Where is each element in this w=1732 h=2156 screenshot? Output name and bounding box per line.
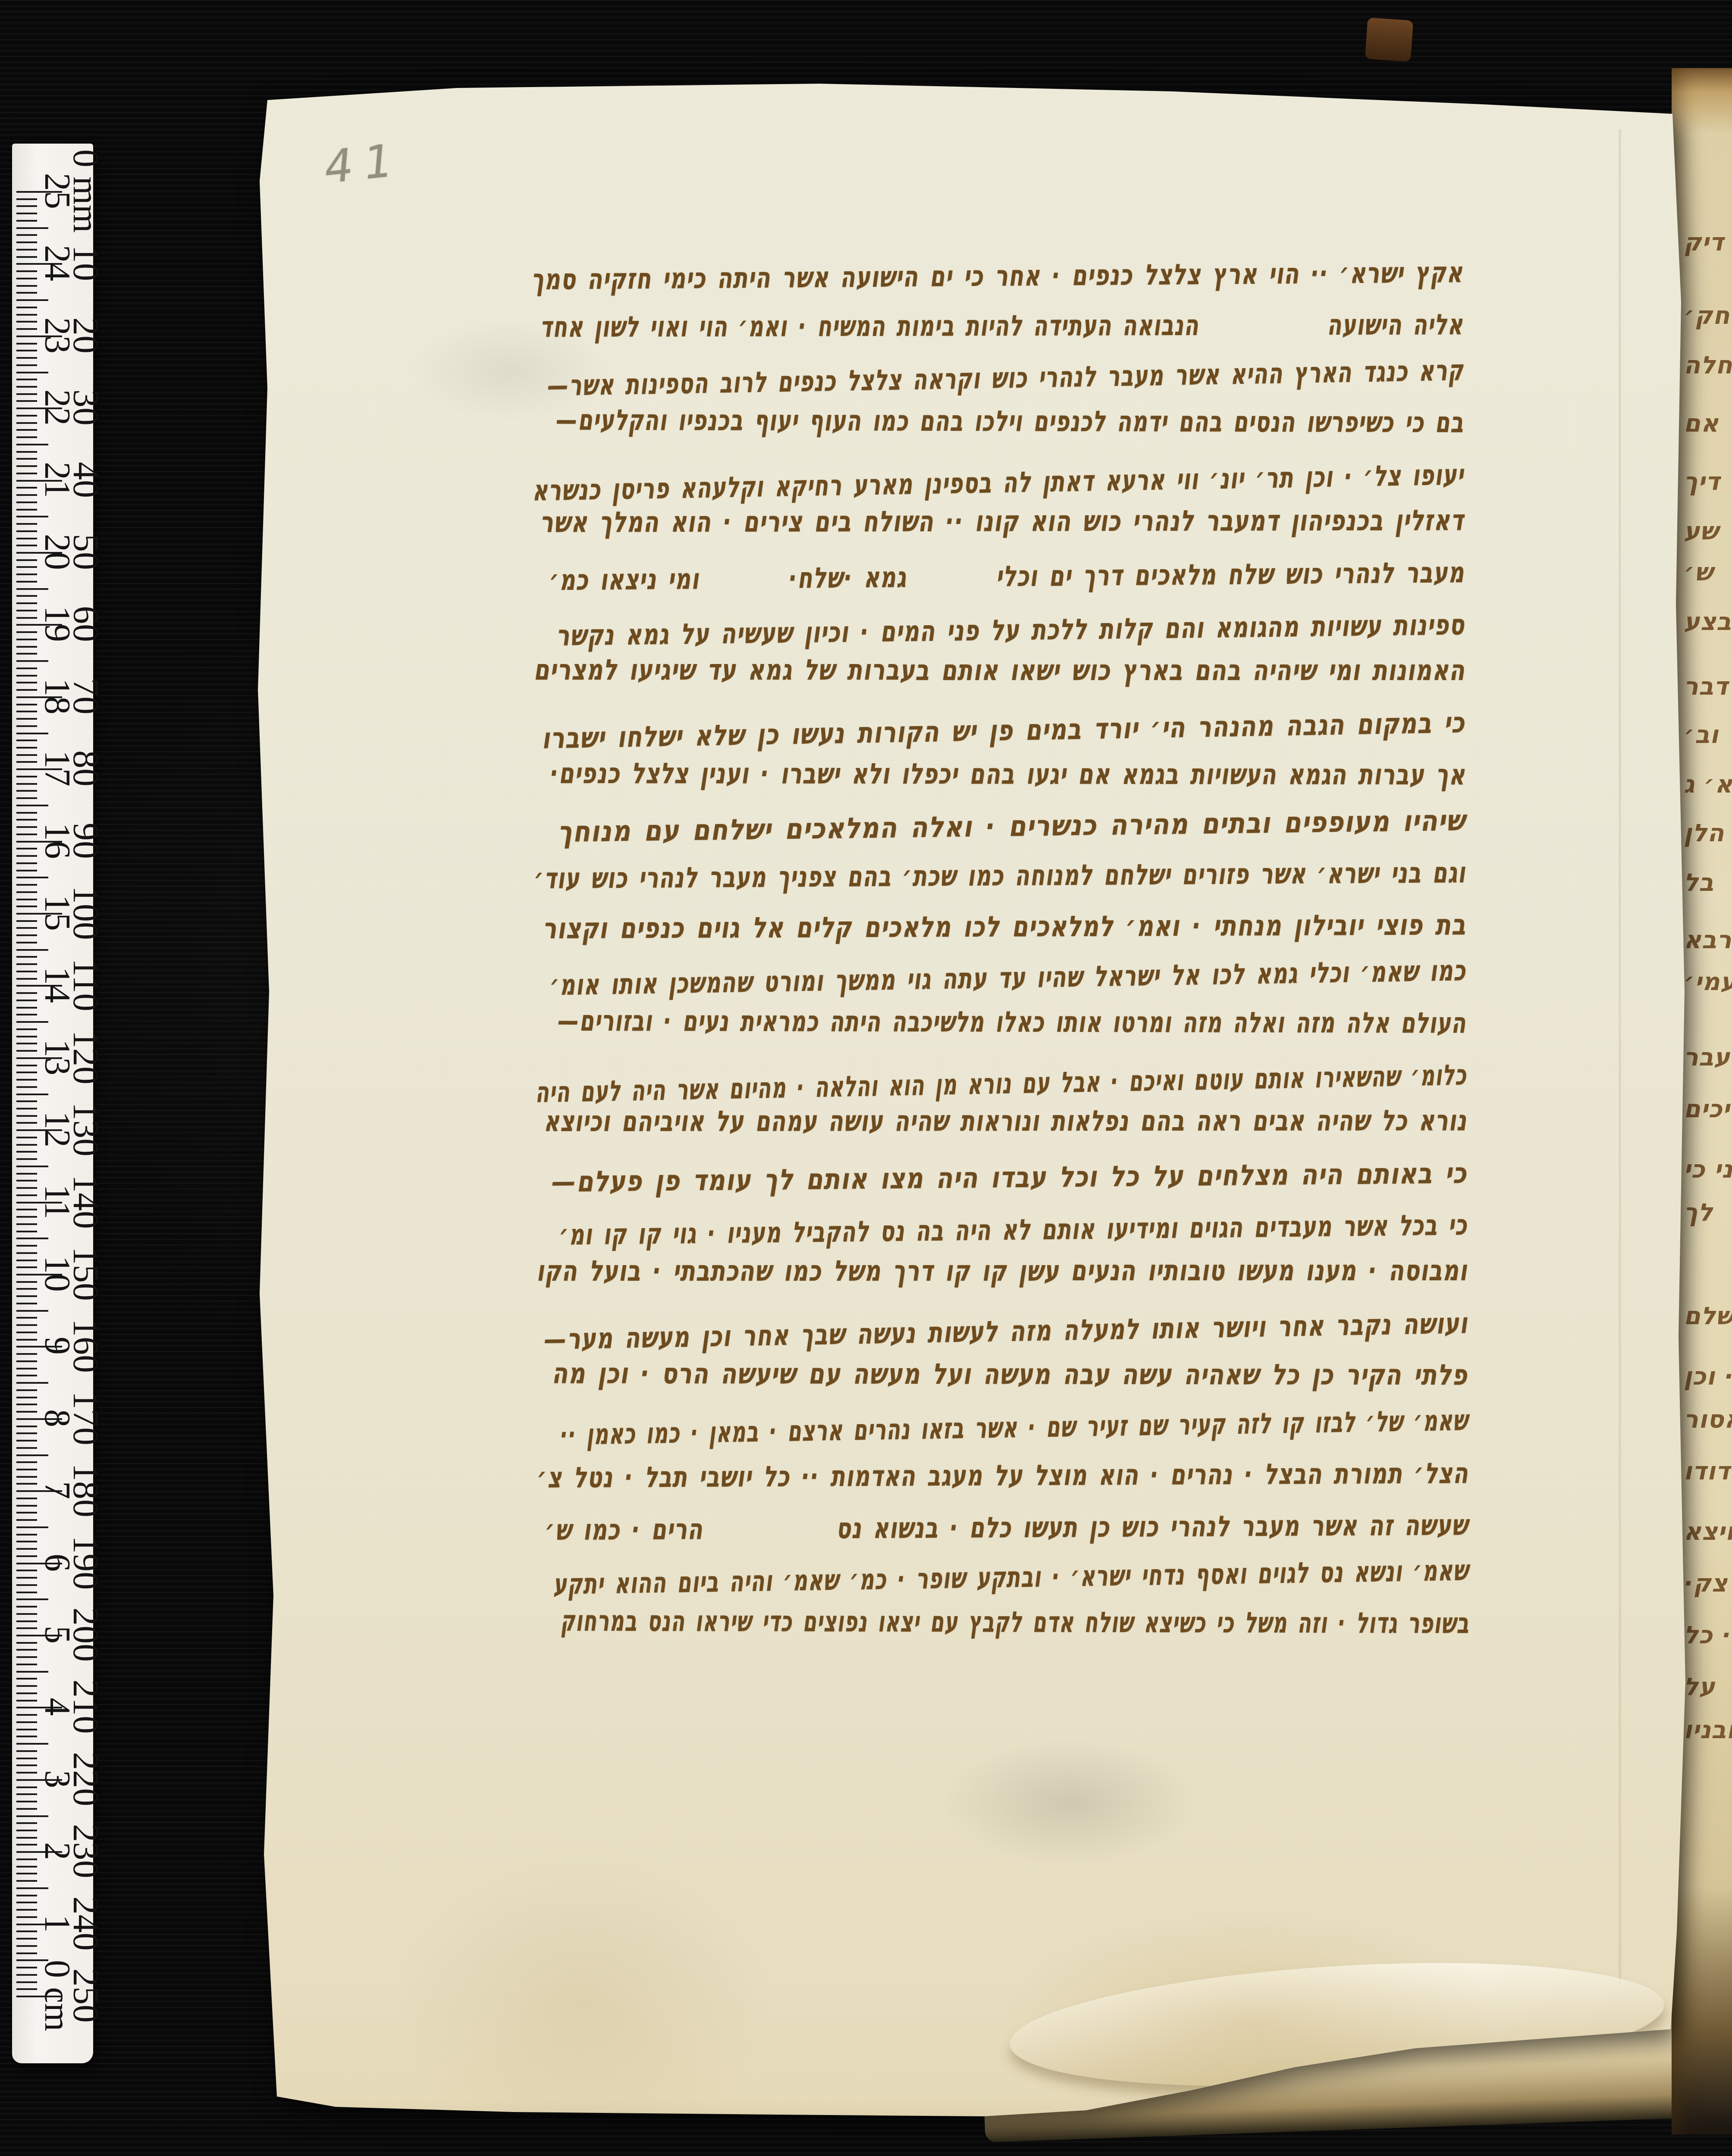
ruler-tick <box>16 711 37 712</box>
manuscript-line: קרא כנגד הארץ ההיא אשר מעבר לנהרי כוש וק… <box>547 354 1464 402</box>
ruler-tick <box>16 667 37 669</box>
ruler-tick <box>16 776 37 777</box>
ruler-tick <box>16 1952 37 1954</box>
ruler-tick <box>16 1808 37 1810</box>
ruler-tick <box>16 1194 37 1196</box>
ruler-tick <box>16 1606 37 1608</box>
ruler-tick <box>16 227 48 229</box>
ruler-tick <box>16 1310 48 1312</box>
ruler-tick <box>16 523 37 525</box>
ruler-tick <box>16 530 37 532</box>
ruler-tick <box>16 1180 37 1181</box>
ruler-tick <box>16 1469 37 1470</box>
ruler-tick <box>16 1166 48 1167</box>
ruler-mm-label: 150 <box>65 1247 107 1301</box>
ruler-tick <box>16 516 48 517</box>
ruler-tick <box>16 379 37 380</box>
ruler-tick <box>16 1729 37 1730</box>
ruler-tick <box>16 1187 37 1189</box>
ruler-tick <box>16 1584 37 1586</box>
ruler-tick <box>16 1050 37 1052</box>
ruler-tick <box>16 393 37 395</box>
ruler-tick <box>16 1432 37 1434</box>
ruler-tick <box>16 1505 37 1507</box>
manuscript-line: ועושה נקבר אחר ויושר אותו למעלה מזה לעשו… <box>544 1307 1468 1356</box>
ruler-tick <box>16 1743 48 1745</box>
ruler-tick <box>16 249 37 251</box>
ruler-mm-label: 80 <box>65 750 107 787</box>
ruler-tick <box>16 213 37 214</box>
page-curl <box>1006 1946 1668 2103</box>
ruler-tick <box>16 1592 37 1593</box>
ruler-mm-label: 70 <box>65 678 107 714</box>
manuscript-line: שעשה זה אשר מעבר לנהרי כוש כן תעשו כלם ·… <box>545 1508 1469 1547</box>
ruler-tick <box>16 1627 37 1629</box>
ruler-tick <box>16 1822 37 1824</box>
ruler-tick <box>16 1498 37 1499</box>
ruler-tick <box>16 494 37 496</box>
ruler-tick <box>16 1238 48 1239</box>
ruler-tick <box>16 971 37 972</box>
ruler-tick <box>16 1426 37 1427</box>
ruler-tick <box>16 942 37 943</box>
ruler-tick <box>16 812 37 814</box>
ruler-mm-label: 200 <box>65 1608 107 1662</box>
ruler-tick <box>16 501 37 503</box>
ruler-tick <box>16 1721 37 1723</box>
ruler-mm-label: 110 <box>65 959 107 1012</box>
ruler-tick <box>16 631 37 633</box>
ruler-tick <box>16 1000 37 1001</box>
ruler-tick <box>16 1332 37 1333</box>
ruler-tick <box>16 805 48 806</box>
ruler-tick <box>16 956 37 958</box>
ruler-tick <box>16 400 37 402</box>
ruler-tick <box>16 321 37 323</box>
manuscript-line: שאמ׳ של׳ לבזו קו לזה קעיר שם זעיר שם · א… <box>559 1404 1468 1452</box>
ruler-mm-label: 0 mm <box>65 149 107 233</box>
ruler-tick <box>16 826 37 828</box>
ruler-tick <box>16 1266 37 1268</box>
ruler-tick <box>16 1353 37 1355</box>
ruler-tick <box>16 364 37 366</box>
ruler-tick <box>16 292 37 294</box>
ruler-tick <box>16 1758 37 1759</box>
manuscript-line: הצל׳ תמורת הבצל · נהרים · הוא מוצל על מע… <box>537 1457 1468 1494</box>
ruler-tick <box>16 1100 37 1102</box>
ruler-tick <box>16 1368 37 1369</box>
ruler-tick <box>16 855 37 857</box>
ruler-tick <box>16 1577 37 1579</box>
ruler-tick <box>16 1519 37 1521</box>
ruler-tick <box>16 1303 37 1304</box>
ruler-mm-label: 30 <box>65 389 107 426</box>
ruler-tick <box>16 1461 37 1463</box>
ruler-mm-label: 100 <box>65 886 107 940</box>
manuscript-line: כמו שאמ׳ וכלי גמא לכו אל ישראל שהיו עד ע… <box>550 954 1466 1002</box>
ruler-tick <box>16 1014 37 1015</box>
ruler-tick <box>16 357 37 359</box>
ruler-tick <box>16 1671 48 1673</box>
ruler-tick <box>16 1021 48 1023</box>
ruler-tick <box>16 1281 37 1283</box>
ruler-tick <box>16 1094 48 1095</box>
ruler-tick <box>16 1223 37 1225</box>
ruler-tick <box>16 234 37 236</box>
manuscript-line: אקץ ישרא׳ ·· הוי ארץ צלצל כנפים · אחר כי… <box>531 256 1463 296</box>
ruler-tick <box>16 1678 37 1680</box>
ruler-tick <box>16 927 37 929</box>
ruler-mm-label: 60 <box>65 606 107 642</box>
ruler-tick <box>16 884 37 886</box>
ruler-mm-label: 120 <box>65 1030 107 1084</box>
ruler-tick <box>16 1649 37 1651</box>
manuscript-line: בם כי כשיפרשו הנסים בהם ידמה לכנפים וילכ… <box>556 404 1464 439</box>
ruler-tick <box>16 1137 37 1138</box>
ruler-tick <box>16 1036 37 1037</box>
ruler-tick <box>16 429 37 431</box>
ruler-tick <box>16 1209 37 1210</box>
ruler-tick <box>16 920 37 922</box>
ruler-tick <box>16 1534 37 1536</box>
ruler-tick <box>16 617 37 619</box>
ruler-tick <box>16 1512 37 1514</box>
ruler-tick <box>16 1873 37 1874</box>
manuscript-line: העולם אלה מזה ואלה מזה ומרטו אותו כאלו מ… <box>558 1004 1466 1039</box>
ruler-tick <box>16 1526 48 1528</box>
ruler-tick <box>16 1260 37 1261</box>
ruler-tick <box>16 581 37 583</box>
ruler-tick <box>16 299 48 301</box>
ruler-mm-label: 170 <box>65 1391 107 1445</box>
ruler-tick <box>16 1764 37 1766</box>
ruler-tick <box>16 1642 37 1644</box>
manuscript-line: בת פוצי יובילון מנחתי · ואמ׳ למלאכים לכו… <box>543 908 1466 945</box>
manuscript-line: אליה הישועה הנבואה העתידה להיות בימות המ… <box>540 308 1463 344</box>
ruler-mm-label: 20 <box>65 317 107 354</box>
manuscript-line: שיהיו מעופפים ובתים מהירה כנשרים · ואלה … <box>557 804 1465 849</box>
ruler-tick <box>16 1079 37 1081</box>
manuscript-line: כי בכל אשר מעבדים הגוים ומידיעו אותם לא … <box>559 1208 1468 1251</box>
ruler-tick <box>16 602 37 604</box>
ruler-tick <box>16 1252 37 1254</box>
ruler-tick <box>16 415 37 417</box>
ruler-tick <box>16 314 37 316</box>
ruler-tick <box>16 1158 37 1160</box>
ruler-tick <box>16 1065 37 1066</box>
ruler-tick <box>16 1397 37 1398</box>
ruler-mm-label: 40 <box>65 462 107 498</box>
ruler-tick <box>16 790 37 792</box>
ruler-tick <box>16 1772 37 1774</box>
ruler-tick <box>16 934 37 936</box>
ruler-tick <box>16 241 37 243</box>
ruler-tick <box>16 1007 37 1009</box>
manuscript-line: יעופו צל׳ · וכן תר׳ יונ׳ ווי ארעא דאתן ל… <box>532 458 1464 507</box>
manuscript-line: ומבוסה · מענו מעשו טובותיו הנעים עשן קו … <box>537 1254 1468 1288</box>
manuscript-line: ספינות עשויות מהגומא והם קלות ללכת על פנ… <box>556 608 1465 652</box>
ruler-tick <box>16 1974 37 1976</box>
ruler-mm-label: 230 <box>65 1824 107 1878</box>
ruler-tick <box>16 1173 37 1175</box>
ruler-tick <box>16 1692 37 1694</box>
ruler-tick <box>16 1570 37 1571</box>
ruler-tick <box>16 1685 37 1687</box>
ruler-tick <box>16 978 37 980</box>
ruler-tick <box>16 870 37 871</box>
ruler-tick <box>16 386 37 388</box>
ruler-tick <box>16 328 37 330</box>
ruler-tick <box>16 422 37 424</box>
ruler-tick <box>16 1598 48 1600</box>
ruler-tick <box>16 1815 48 1817</box>
ruler-tick <box>16 783 37 785</box>
ruler-mm-label: 250 <box>65 1968 107 2023</box>
ruler-tick <box>16 1793 37 1795</box>
ruler-tick <box>16 1988 37 1990</box>
ruler-tick <box>16 1664 37 1665</box>
ruler-tick <box>16 1151 37 1153</box>
ruler-tick <box>16 487 37 489</box>
ruler-tick <box>16 761 37 763</box>
ruler-tick <box>16 949 48 951</box>
folio-number: 41 <box>322 133 406 194</box>
ruler-tick <box>16 343 37 345</box>
ruler-tick <box>16 1736 37 1737</box>
ruler-tick <box>16 1613 37 1615</box>
ruler-mm-label: 90 <box>65 823 107 859</box>
ruler-tick <box>16 877 48 878</box>
ruler-tick <box>16 1086 37 1088</box>
ruler-tick <box>16 285 37 287</box>
ruler-tick <box>16 819 37 821</box>
manuscript-line: כי במקום הגבה מהנהר הי׳ יורד במים פן יש … <box>542 706 1465 755</box>
manuscript-text-block: אקץ ישרא׳ ·· הוי ארץ צלצל כנפים · אחר כי… <box>514 256 1469 1761</box>
manuscript-line: דאזלין בכנפיהון דמעבר לנהרי כוש הוא קונו… <box>540 504 1464 539</box>
manuscript-line: נורא כל שהיה אבים ראה בהם נפלאות ונוראות… <box>543 1104 1467 1138</box>
ruler-tick <box>16 566 37 568</box>
manuscript-line: וגם בני ישרא׳ אשר פזורים ישלחם למנוחה כמ… <box>534 856 1466 896</box>
ruler-mm-label: 240 <box>65 1896 107 1951</box>
ruler-tick <box>16 725 37 727</box>
ruler-tick <box>16 639 37 640</box>
ruler-tick <box>16 1144 37 1146</box>
ruler-tick <box>16 689 37 691</box>
ruler-tick <box>16 1454 48 1456</box>
ruler-tick <box>16 646 37 648</box>
manuscript-line: שאמ׳ ונשא נס לגוים ואסף נדחי ישרא׳ · ובת… <box>553 1554 1469 1601</box>
ruler-tick <box>16 653 37 655</box>
ruler-tick <box>16 899 37 900</box>
ruler-tick <box>16 1945 37 1947</box>
page-crease <box>1618 129 1622 1984</box>
ruler-tick <box>16 545 37 546</box>
ruler-tick <box>16 465 37 467</box>
manuscript-line: כי באותם היה מצלחים על כל וכל עבדו היה מ… <box>552 1156 1467 1198</box>
ruler-tick <box>16 1440 37 1442</box>
ruler-mm-label: 130 <box>65 1102 107 1156</box>
ruler-mm-label: 140 <box>65 1175 107 1229</box>
ruler-tick <box>16 256 37 258</box>
ruler-tick <box>16 704 37 705</box>
ruler-tick <box>16 1866 37 1868</box>
ruler-tick <box>16 1844 37 1846</box>
manuscript-line: אך עברות הגמא העשויות בגמא אם יגעו בהם י… <box>550 757 1465 791</box>
ruler-tick <box>16 1700 37 1702</box>
ruler-tick <box>16 372 48 373</box>
ruler-tick <box>16 1830 37 1831</box>
ruler-tick <box>16 1404 37 1405</box>
ruler-tick <box>16 559 37 561</box>
ruler-tick <box>16 1483 37 1485</box>
ruler-tick <box>16 992 37 994</box>
manuscript-line: פלתי הקיר כן כל שאהיה עשה עבה מעשה ועל מ… <box>552 1357 1468 1391</box>
ruler-tick <box>16 1295 37 1297</box>
manuscript-line: כלומ׳ שהשאירו אותם עוטם ואיכם · אבל עם נ… <box>535 1058 1467 1109</box>
ruler-tick <box>16 1837 37 1839</box>
ruler-tick <box>16 660 48 662</box>
ruler-tick <box>16 1360 37 1362</box>
ruler-tick <box>16 1909 37 1911</box>
ruler-tick <box>16 1858 37 1860</box>
ruler-tick <box>16 1122 37 1124</box>
ruler-mm-label: 190 <box>65 1536 107 1590</box>
ruler-tick <box>16 1317 37 1319</box>
ruler-mm-label: 220 <box>65 1752 107 1806</box>
ruler-tick <box>16 1916 37 1918</box>
ruler-tick <box>16 1541 37 1542</box>
ruler-tick <box>16 610 37 611</box>
ruler-tick <box>16 1231 37 1232</box>
ruler-tick <box>16 1930 37 1932</box>
ruler-tick <box>16 473 37 474</box>
ruler-tick <box>16 198 37 200</box>
ruler-tick <box>16 1967 37 1968</box>
ruler-tick <box>16 1786 37 1788</box>
ruler-mm-label: 160 <box>65 1319 107 1373</box>
ruler-mm-label: 210 <box>65 1680 107 1734</box>
ruler-tick <box>16 848 37 849</box>
ruler-tick <box>16 1895 37 1896</box>
ruler-tick <box>16 436 37 438</box>
ruler-tick <box>16 350 37 351</box>
ruler-tick <box>16 1389 37 1391</box>
ruler-tick <box>16 1072 37 1073</box>
ruler-tick <box>16 573 37 575</box>
ruler-tick <box>16 444 48 445</box>
ruler-tick <box>16 675 37 677</box>
ruler-mm-label: 180 <box>65 1463 107 1517</box>
ruler-mm-label: 50 <box>65 534 107 570</box>
ruler-mm-label: 10 <box>65 245 107 281</box>
ruler-tick <box>16 205 37 207</box>
ruler-tick <box>16 1382 48 1384</box>
ruler-tick <box>16 1043 37 1044</box>
ruler-tick <box>16 906 37 907</box>
ruler-tick <box>16 1555 37 1557</box>
ruler-tick <box>16 1324 37 1326</box>
ruler-tick <box>16 1656 37 1658</box>
ruler-tick <box>16 1750 37 1752</box>
ruler-tick <box>16 1108 37 1109</box>
ruler-tick <box>16 538 37 539</box>
ruler-tick <box>16 458 37 460</box>
ruler-tick <box>16 1028 37 1030</box>
ruler-tick <box>16 754 37 756</box>
ruler-tick <box>16 1801 37 1802</box>
ruler-tick <box>16 307 37 308</box>
manuscript-line: מעבר לנהרי כוש שלח מלאכים דרך ים וכלי גמ… <box>549 556 1465 597</box>
ruler-tick <box>16 1938 37 1940</box>
ruler-tick <box>16 1245 37 1247</box>
ruler-tick <box>16 1887 48 1889</box>
manuscript-page-wrap: 41 אקץ ישרא׳ ·· הוי ארץ צלצל כנפים · אחר… <box>0 0 1732 2156</box>
ruler-tick <box>16 1115 37 1117</box>
ruler-tick <box>16 1548 37 1550</box>
ruler-tick <box>16 1216 37 1218</box>
ruler-tick <box>16 1880 37 1882</box>
ruler-tick <box>16 797 37 799</box>
ruler-tick <box>16 509 37 511</box>
manuscript-line: האמונות ומי שיהיה בהם בארץ כוש ישאו אותם… <box>533 653 1465 687</box>
measurement-ruler: 2524232221201918171615141312111098765432… <box>12 144 93 2063</box>
ruler-tick <box>16 270 37 272</box>
ruler-tick <box>16 834 37 835</box>
ruler-tick <box>16 451 37 453</box>
ruler-tick <box>16 1411 37 1413</box>
ruler-tick <box>16 891 37 893</box>
ruler-tick <box>16 718 37 720</box>
ruler-tick <box>16 595 37 597</box>
manuscript-line: בשופר גדול · וזה משל כי כשיצא שולח אדם ל… <box>560 1604 1469 1640</box>
ruler-tick <box>16 862 37 864</box>
ruler-tick <box>16 1476 37 1478</box>
ruler-tick <box>16 220 37 222</box>
ruler-tick <box>16 1375 37 1376</box>
ruler-tick <box>16 1981 37 1983</box>
ruler-tick <box>16 588 48 590</box>
ruler-tick <box>16 733 48 734</box>
ruler-tick <box>16 1447 37 1449</box>
ruler-tick <box>16 740 37 741</box>
ruler-tick <box>16 963 37 965</box>
ruler-tick <box>16 1339 37 1341</box>
ruler-tick <box>16 278 37 279</box>
ruler-tick <box>16 1714 37 1716</box>
ruler-tick <box>16 1902 37 1903</box>
ruler-tick <box>16 747 37 749</box>
ruler-tick <box>16 682 37 683</box>
ruler-tick <box>16 1620 37 1622</box>
manuscript-page: 41 אקץ ישרא׳ ·· הוי ארץ צלצל כנפים · אחר… <box>0 0 1732 2156</box>
ruler-tick <box>16 1288 37 1290</box>
